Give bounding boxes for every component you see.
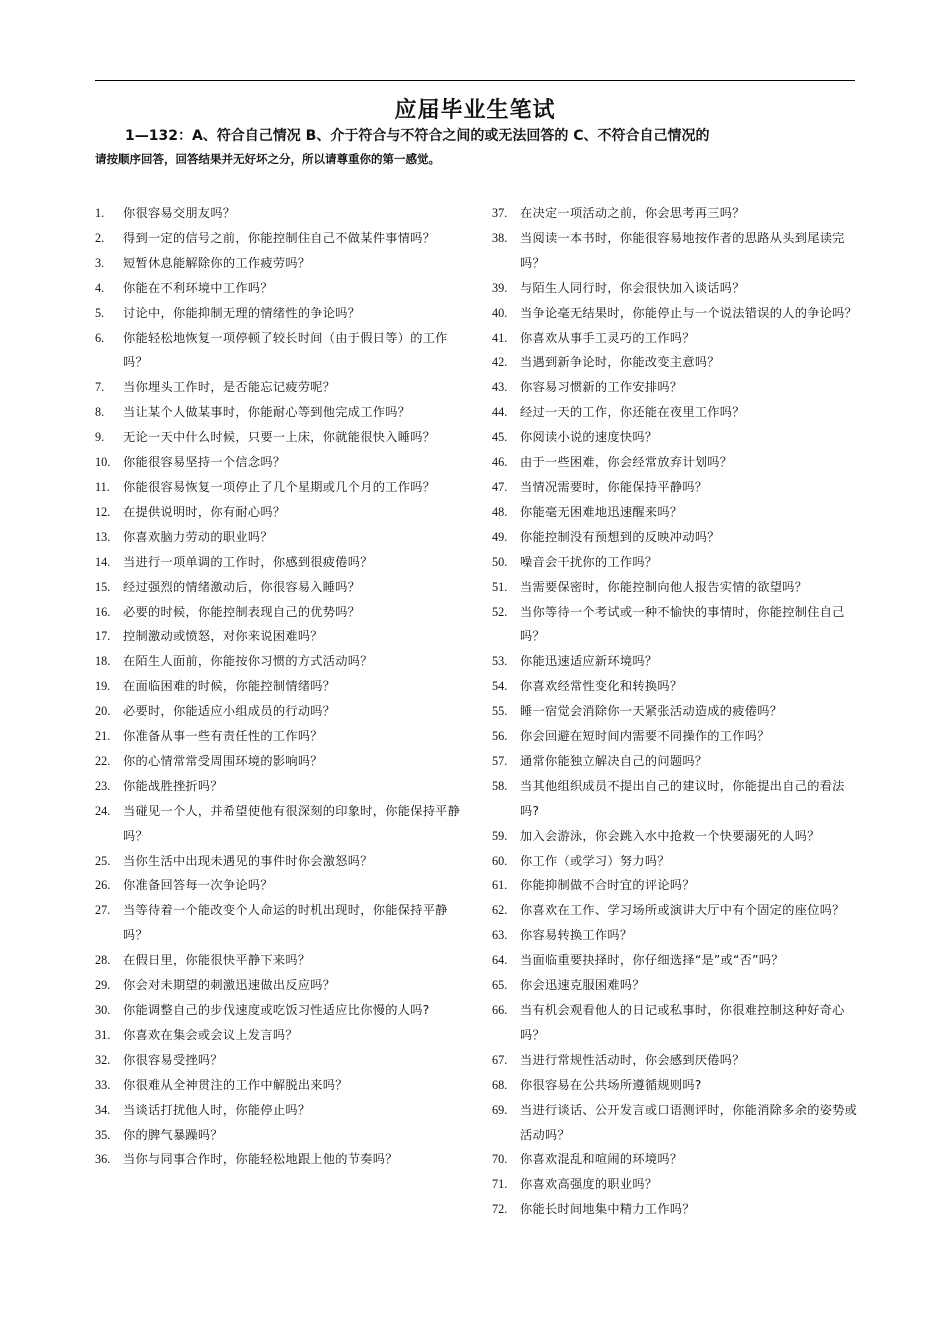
- question-text: 你准备从事一些有责任性的工作吗？: [123, 724, 465, 749]
- question-text: 在假日里，你能很快平静下来吗？: [123, 948, 465, 973]
- question-item: 37.在决定一项活动之前，你会思考再三吗？: [492, 201, 862, 226]
- question-item: 13.你喜欢脑力劳动的职业吗？: [95, 525, 465, 550]
- question-text: 你能调整自己的步伐速度或吃饭习性适应比你慢的人吗?: [123, 998, 465, 1023]
- question-number: 50.: [492, 550, 520, 575]
- question-text: 与陌生人同行时，你会很快加入谈话吗？: [520, 276, 862, 301]
- question-text: 当阅读一本书时，你能很容易地按作者的思路从头到尾读完吗？: [520, 226, 862, 276]
- question-number: 67.: [492, 1048, 520, 1073]
- question-number: 4.: [95, 276, 123, 301]
- question-number: 57.: [492, 749, 520, 774]
- question-number: 64.: [492, 948, 520, 973]
- question-number: 71.: [492, 1172, 520, 1197]
- question-item: 4.你能在不利环境中工作吗？: [95, 276, 465, 301]
- question-item: 18.在陌生人面前，你能按你习惯的方式活动吗？: [95, 649, 465, 674]
- question-text: 当谈话打扰他人时，你能停止吗？: [123, 1098, 465, 1123]
- question-item: 72.你能长时间地集中精力工作吗？: [492, 1197, 862, 1222]
- question-item: 2.得到一定的信号之前，你能控制住自己不做某件事情吗？: [95, 226, 465, 251]
- question-number: 5.: [95, 301, 123, 326]
- question-text: 你能战胜挫折吗？: [123, 774, 465, 799]
- answer-instruction: 1—132：A、符合自己情况 B、介于符合与不符合之间的或无法回答的 C、不符合…: [125, 125, 710, 145]
- question-item: 48.你能毫无困难地迅速醒来吗？: [492, 500, 862, 525]
- question-item: 19.在面临困难的时候，你能控制情绪吗？: [95, 674, 465, 699]
- question-number: 48.: [492, 500, 520, 525]
- question-item: 24.当碰见一个人，并希望使他有很深刻的印象时，你能保持平静吗？: [95, 799, 465, 849]
- question-item: 22.你的心情常常受周围环境的影响吗？: [95, 749, 465, 774]
- question-text: 你喜欢在工作、学习场所或演讲大厅中有个固定的座位吗？: [520, 898, 862, 923]
- question-number: 34.: [95, 1098, 123, 1123]
- question-text: 你能抑制做不合时宜的评论吗？: [520, 873, 862, 898]
- question-item: 55.睡一宿觉会消除你一天紧张活动造成的疲倦吗？: [492, 699, 862, 724]
- question-number: 43.: [492, 375, 520, 400]
- question-text: 当其他组织成员不提出自己的建议时，你能提出自己的看法吗?: [520, 774, 862, 824]
- question-number: 30.: [95, 998, 123, 1023]
- question-text: 短暂休息能解除你的工作疲劳吗？: [123, 251, 465, 276]
- question-item: 21.你准备从事一些有责任性的工作吗？: [95, 724, 465, 749]
- question-item: 5.讨论中，你能抑制无理的情绪性的争论吗？: [95, 301, 465, 326]
- question-text: 睡一宿觉会消除你一天紧张活动造成的疲倦吗？: [520, 699, 862, 724]
- question-item: 63.你容易转换工作吗？: [492, 923, 862, 948]
- question-item: 17.控制激动或愤怒，对你来说困难吗？: [95, 624, 465, 649]
- question-number: 20.: [95, 699, 123, 724]
- question-number: 31.: [95, 1023, 123, 1048]
- question-text: 你的脾气暴躁吗？: [123, 1123, 465, 1148]
- question-number: 7.: [95, 375, 123, 400]
- question-item: 34.当谈话打扰他人时，你能停止吗？: [95, 1098, 465, 1123]
- question-number: 61.: [492, 873, 520, 898]
- question-item: 60.你工作（或学习）努力吗？: [492, 849, 862, 874]
- question-item: 54.你喜欢经常性变化和转换吗？: [492, 674, 862, 699]
- question-text: 你会回避在短时间内需要不同操作的工作吗？: [520, 724, 862, 749]
- question-number: 54.: [492, 674, 520, 699]
- question-item: 10.你能很容易坚持一个信念吗？: [95, 450, 465, 475]
- question-item: 39.与陌生人同行时，你会很快加入谈话吗？: [492, 276, 862, 301]
- question-item: 30.你能调整自己的步伐速度或吃饭习性适应比你慢的人吗?: [95, 998, 465, 1023]
- question-text: 经过强烈的情绪激动后，你很容易入睡吗？: [123, 575, 465, 600]
- header-rule: [95, 80, 855, 81]
- question-item: 42.当遇到新争论时，你能改变主意吗？: [492, 350, 862, 375]
- question-item: 56.你会回避在短时间内需要不同操作的工作吗？: [492, 724, 862, 749]
- question-item: 15.经过强烈的情绪激动后，你很容易入睡吗？: [95, 575, 465, 600]
- question-number: 42.: [492, 350, 520, 375]
- question-text: 你容易习惯新的工作安排吗？: [520, 375, 862, 400]
- question-text: 你能在不利环境中工作吗？: [123, 276, 465, 301]
- question-text: 噪音会干扰你的工作吗？: [520, 550, 862, 575]
- question-text: 当让某个人做某事时，你能耐心等到他完成工作吗？: [123, 400, 465, 425]
- question-number: 21.: [95, 724, 123, 749]
- question-number: 8.: [95, 400, 123, 425]
- question-item: 29.你会对未期望的刺激迅速做出反应吗？: [95, 973, 465, 998]
- question-text: 在决定一项活动之前，你会思考再三吗？: [520, 201, 862, 226]
- question-item: 14.当进行一项单调的工作时，你感到很疲倦吗？: [95, 550, 465, 575]
- question-text: 你的心情常常受周围环境的影响吗？: [123, 749, 465, 774]
- question-item: 57.通常你能独立解决自己的问题吗？: [492, 749, 862, 774]
- question-text: 在面临困难的时候，你能控制情绪吗？: [123, 674, 465, 699]
- question-text: 你准备回答每一次争论吗？: [123, 873, 465, 898]
- question-column-left: 1.你很容易交朋友吗？2.得到一定的信号之前，你能控制住自己不做某件事情吗？3.…: [95, 201, 465, 1172]
- question-item: 59.加入会游泳，你会跳入水中抢救一个快要溺死的人吗？: [492, 824, 862, 849]
- question-item: 11.你能很容易恢复一项停止了几个星期或几个月的工作吗？: [95, 475, 465, 500]
- question-item: 71.你喜欢高强度的职业吗？: [492, 1172, 862, 1197]
- question-text: 你很难从全神贯注的工作中解脱出来吗？: [123, 1073, 465, 1098]
- question-number: 58.: [492, 774, 520, 824]
- question-item: 64.当面临重要抉择时，你仔细选择“是”或“否”吗？: [492, 948, 862, 973]
- question-number: 9.: [95, 425, 123, 450]
- question-item: 58.当其他组织成员不提出自己的建议时，你能提出自己的看法吗?: [492, 774, 862, 824]
- question-item: 70.你喜欢混乱和喧闹的环境吗？: [492, 1147, 862, 1172]
- question-item: 27.当等待着一个能改变个人命运的时机出现时，你能保持平静吗？: [95, 898, 465, 948]
- question-number: 69.: [492, 1098, 520, 1148]
- question-text: 你工作（或学习）努力吗？: [520, 849, 862, 874]
- question-item: 8.当让某个人做某事时，你能耐心等到他完成工作吗？: [95, 400, 465, 425]
- question-number: 23.: [95, 774, 123, 799]
- question-number: 2.: [95, 226, 123, 251]
- question-text: 在陌生人面前，你能按你习惯的方式活动吗？: [123, 649, 465, 674]
- question-text: 加入会游泳，你会跳入水中抢救一个快要溺死的人吗？: [520, 824, 862, 849]
- question-text: 当进行一项单调的工作时，你感到很疲倦吗？: [123, 550, 465, 575]
- question-number: 28.: [95, 948, 123, 973]
- question-number: 6.: [95, 326, 123, 376]
- question-number: 36.: [95, 1147, 123, 1172]
- question-number: 16.: [95, 600, 123, 625]
- question-number: 38.: [492, 226, 520, 276]
- question-item: 62.你喜欢在工作、学习场所或演讲大厅中有个固定的座位吗？: [492, 898, 862, 923]
- question-number: 18.: [95, 649, 123, 674]
- question-text: 当进行常规性活动时，你会感到厌倦吗？: [520, 1048, 862, 1073]
- question-item: 51.当需要保密时，你能控制向他人报告实情的欲望吗？: [492, 575, 862, 600]
- document-title: 应届毕业生笔试: [0, 93, 950, 124]
- question-text: 必要时，你能适应小组成员的行动吗？: [123, 699, 465, 724]
- question-text: 当有机会观看他人的日记或私事时，你很难控制这种好奇心吗？: [520, 998, 862, 1048]
- question-number: 26.: [95, 873, 123, 898]
- question-text: 当你与同事合作时，你能轻松地跟上他的节奏吗？: [123, 1147, 465, 1172]
- question-number: 44.: [492, 400, 520, 425]
- question-item: 44.经过一天的工作，你还能在夜里工作吗？: [492, 400, 862, 425]
- question-item: 32.你很容易受挫吗？: [95, 1048, 465, 1073]
- question-item: 41.你喜欢从事手工灵巧的工作吗？: [492, 326, 862, 351]
- question-text: 你会对未期望的刺激迅速做出反应吗？: [123, 973, 465, 998]
- question-text: 必要的时候，你能控制表现自己的优势吗？: [123, 600, 465, 625]
- question-item: 3.短暂休息能解除你的工作疲劳吗？: [95, 251, 465, 276]
- question-item: 31.你喜欢在集会或会议上发言吗？: [95, 1023, 465, 1048]
- question-text: 当面临重要抉择时，你仔细选择“是”或“否”吗？: [520, 948, 862, 973]
- question-text: 你喜欢在集会或会议上发言吗？: [123, 1023, 465, 1048]
- question-item: 20.必要时，你能适应小组成员的行动吗？: [95, 699, 465, 724]
- question-text: 你能轻松地恢复一项停顿了较长时间（由于假日等）的工作吗？: [123, 326, 465, 376]
- question-text: 你喜欢经常性变化和转换吗？: [520, 674, 862, 699]
- question-text: 控制激动或愤怒，对你来说困难吗？: [123, 624, 465, 649]
- question-text: 你喜欢从事手工灵巧的工作吗？: [520, 326, 862, 351]
- question-column-right: 37.在决定一项活动之前，你会思考再三吗？38.当阅读一本书时，你能很容易地按作…: [492, 201, 862, 1222]
- question-item: 50.噪音会干扰你的工作吗？: [492, 550, 862, 575]
- question-number: 52.: [492, 600, 520, 650]
- question-item: 12.在提供说明时，你有耐心吗？: [95, 500, 465, 525]
- question-number: 24.: [95, 799, 123, 849]
- question-item: 7.当你埋头工作时，是否能忘记疲劳呢？: [95, 375, 465, 400]
- question-number: 40.: [492, 301, 520, 326]
- question-number: 10.: [95, 450, 123, 475]
- question-item: 9.无论一天中什么时候，只要一上床，你就能很快入睡吗？: [95, 425, 465, 450]
- question-item: 69.当进行谈话、公开发言或口语测评时，你能消除多余的姿势或活动吗？: [492, 1098, 862, 1148]
- question-number: 68.: [492, 1073, 520, 1098]
- question-item: 47.当情况需要时，你能保持平静吗？: [492, 475, 862, 500]
- question-text: 在提供说明时，你有耐心吗？: [123, 500, 465, 525]
- question-item: 45.你阅读小说的速度快吗？: [492, 425, 862, 450]
- question-text: 你能很容易坚持一个信念吗？: [123, 450, 465, 475]
- question-item: 53.你能迅速适应新环境吗？: [492, 649, 862, 674]
- question-text: 当你生活中出现未遇见的事件时你会激怒吗？: [123, 849, 465, 874]
- question-text: 你会迅速克服困难吗？: [520, 973, 862, 998]
- question-text: 当进行谈话、公开发言或口语测评时，你能消除多余的姿势或活动吗？: [520, 1098, 862, 1148]
- question-item: 23.你能战胜挫折吗？: [95, 774, 465, 799]
- question-number: 14.: [95, 550, 123, 575]
- question-item: 66.当有机会观看他人的日记或私事时，你很难控制这种好奇心吗？: [492, 998, 862, 1048]
- question-item: 68.你很容易在公共场所遵循规则吗?: [492, 1073, 862, 1098]
- question-number: 22.: [95, 749, 123, 774]
- question-item: 16.必要的时候，你能控制表现自己的优势吗？: [95, 600, 465, 625]
- question-number: 63.: [492, 923, 520, 948]
- question-text: 你能很容易恢复一项停止了几个星期或几个月的工作吗？: [123, 475, 465, 500]
- question-number: 53.: [492, 649, 520, 674]
- question-number: 37.: [492, 201, 520, 226]
- question-item: 38.当阅读一本书时，你能很容易地按作者的思路从头到尾读完吗？: [492, 226, 862, 276]
- question-number: 66.: [492, 998, 520, 1048]
- question-number: 32.: [95, 1048, 123, 1073]
- question-number: 47.: [492, 475, 520, 500]
- question-item: 40.当争论毫无结果时，你能停止与一个说法错误的人的争论吗？: [492, 301, 862, 326]
- question-text: 你喜欢高强度的职业吗？: [520, 1172, 862, 1197]
- question-text: 当情况需要时，你能保持平静吗？: [520, 475, 862, 500]
- question-number: 72.: [492, 1197, 520, 1222]
- question-number: 51.: [492, 575, 520, 600]
- question-text: 你能长时间地集中精力工作吗？: [520, 1197, 862, 1222]
- question-item: 25.当你生活中出现未遇见的事件时你会激怒吗？: [95, 849, 465, 874]
- question-item: 46.由于一些困难，你会经常放弃计划吗？: [492, 450, 862, 475]
- question-number: 35.: [95, 1123, 123, 1148]
- question-number: 33.: [95, 1073, 123, 1098]
- question-text: 你很容易受挫吗？: [123, 1048, 465, 1073]
- question-text: 讨论中，你能抑制无理的情绪性的争论吗？: [123, 301, 465, 326]
- question-number: 62.: [492, 898, 520, 923]
- question-number: 70.: [492, 1147, 520, 1172]
- question-number: 39.: [492, 276, 520, 301]
- question-text: 当你等待一个考试或一种不愉快的事情时，你能控制住自己吗？: [520, 600, 862, 650]
- question-item: 49.你能控制没有预想到的反映冲动吗？: [492, 525, 862, 550]
- question-text: 无论一天中什么时候，只要一上床，你就能很快入睡吗？: [123, 425, 465, 450]
- question-text: 你很容易交朋友吗？: [123, 201, 465, 226]
- question-text: 当等待着一个能改变个人命运的时机出现时，你能保持平静吗？: [123, 898, 465, 948]
- question-text: 你能迅速适应新环境吗？: [520, 649, 862, 674]
- question-number: 65.: [492, 973, 520, 998]
- question-number: 3.: [95, 251, 123, 276]
- question-text: 你喜欢脑力劳动的职业吗？: [123, 525, 465, 550]
- question-item: 43.你容易习惯新的工作安排吗？: [492, 375, 862, 400]
- question-item: 28.在假日里，你能很快平静下来吗？: [95, 948, 465, 973]
- question-number: 49.: [492, 525, 520, 550]
- question-text: 当你埋头工作时，是否能忘记疲劳呢？: [123, 375, 465, 400]
- question-text: 当碰见一个人，并希望使他有很深刻的印象时，你能保持平静吗？: [123, 799, 465, 849]
- question-number: 60.: [492, 849, 520, 874]
- question-number: 11.: [95, 475, 123, 500]
- question-item: 52.当你等待一个考试或一种不愉快的事情时，你能控制住自己吗？: [492, 600, 862, 650]
- answer-note: 请按顺序回答，回答结果并无好坏之分，所以请尊重你的第一感觉。: [95, 151, 440, 167]
- question-number: 13.: [95, 525, 123, 550]
- question-text: 你喜欢混乱和喧闹的环境吗？: [520, 1147, 862, 1172]
- question-item: 33.你很难从全神贯注的工作中解脱出来吗？: [95, 1073, 465, 1098]
- question-item: 36.当你与同事合作时，你能轻松地跟上他的节奏吗？: [95, 1147, 465, 1172]
- question-item: 35.你的脾气暴躁吗？: [95, 1123, 465, 1148]
- question-item: 26.你准备回答每一次争论吗？: [95, 873, 465, 898]
- question-number: 29.: [95, 973, 123, 998]
- question-text: 通常你能独立解决自己的问题吗？: [520, 749, 862, 774]
- question-number: 46.: [492, 450, 520, 475]
- question-text: 当遇到新争论时，你能改变主意吗？: [520, 350, 862, 375]
- question-number: 17.: [95, 624, 123, 649]
- question-number: 25.: [95, 849, 123, 874]
- question-text: 你很容易在公共场所遵循规则吗?: [520, 1073, 862, 1098]
- question-number: 41.: [492, 326, 520, 351]
- question-item: 65.你会迅速克服困难吗？: [492, 973, 862, 998]
- question-text: 你能控制没有预想到的反映冲动吗？: [520, 525, 862, 550]
- question-number: 27.: [95, 898, 123, 948]
- question-item: 6.你能轻松地恢复一项停顿了较长时间（由于假日等）的工作吗？: [95, 326, 465, 376]
- question-text: 当争论毫无结果时，你能停止与一个说法错误的人的争论吗？: [520, 301, 862, 326]
- question-text: 经过一天的工作，你还能在夜里工作吗？: [520, 400, 862, 425]
- question-number: 1.: [95, 201, 123, 226]
- question-text: 你阅读小说的速度快吗？: [520, 425, 862, 450]
- question-item: 1.你很容易交朋友吗？: [95, 201, 465, 226]
- question-number: 12.: [95, 500, 123, 525]
- question-item: 67.当进行常规性活动时，你会感到厌倦吗？: [492, 1048, 862, 1073]
- question-number: 45.: [492, 425, 520, 450]
- question-number: 59.: [492, 824, 520, 849]
- question-text: 当需要保密时，你能控制向他人报告实情的欲望吗？: [520, 575, 862, 600]
- question-text: 得到一定的信号之前，你能控制住自己不做某件事情吗？: [123, 226, 465, 251]
- question-item: 61.你能抑制做不合时宜的评论吗？: [492, 873, 862, 898]
- question-text: 由于一些困难，你会经常放弃计划吗？: [520, 450, 862, 475]
- question-number: 56.: [492, 724, 520, 749]
- question-number: 19.: [95, 674, 123, 699]
- question-number: 55.: [492, 699, 520, 724]
- question-text: 你容易转换工作吗？: [520, 923, 862, 948]
- question-text: 你能毫无困难地迅速醒来吗？: [520, 500, 862, 525]
- question-number: 15.: [95, 575, 123, 600]
